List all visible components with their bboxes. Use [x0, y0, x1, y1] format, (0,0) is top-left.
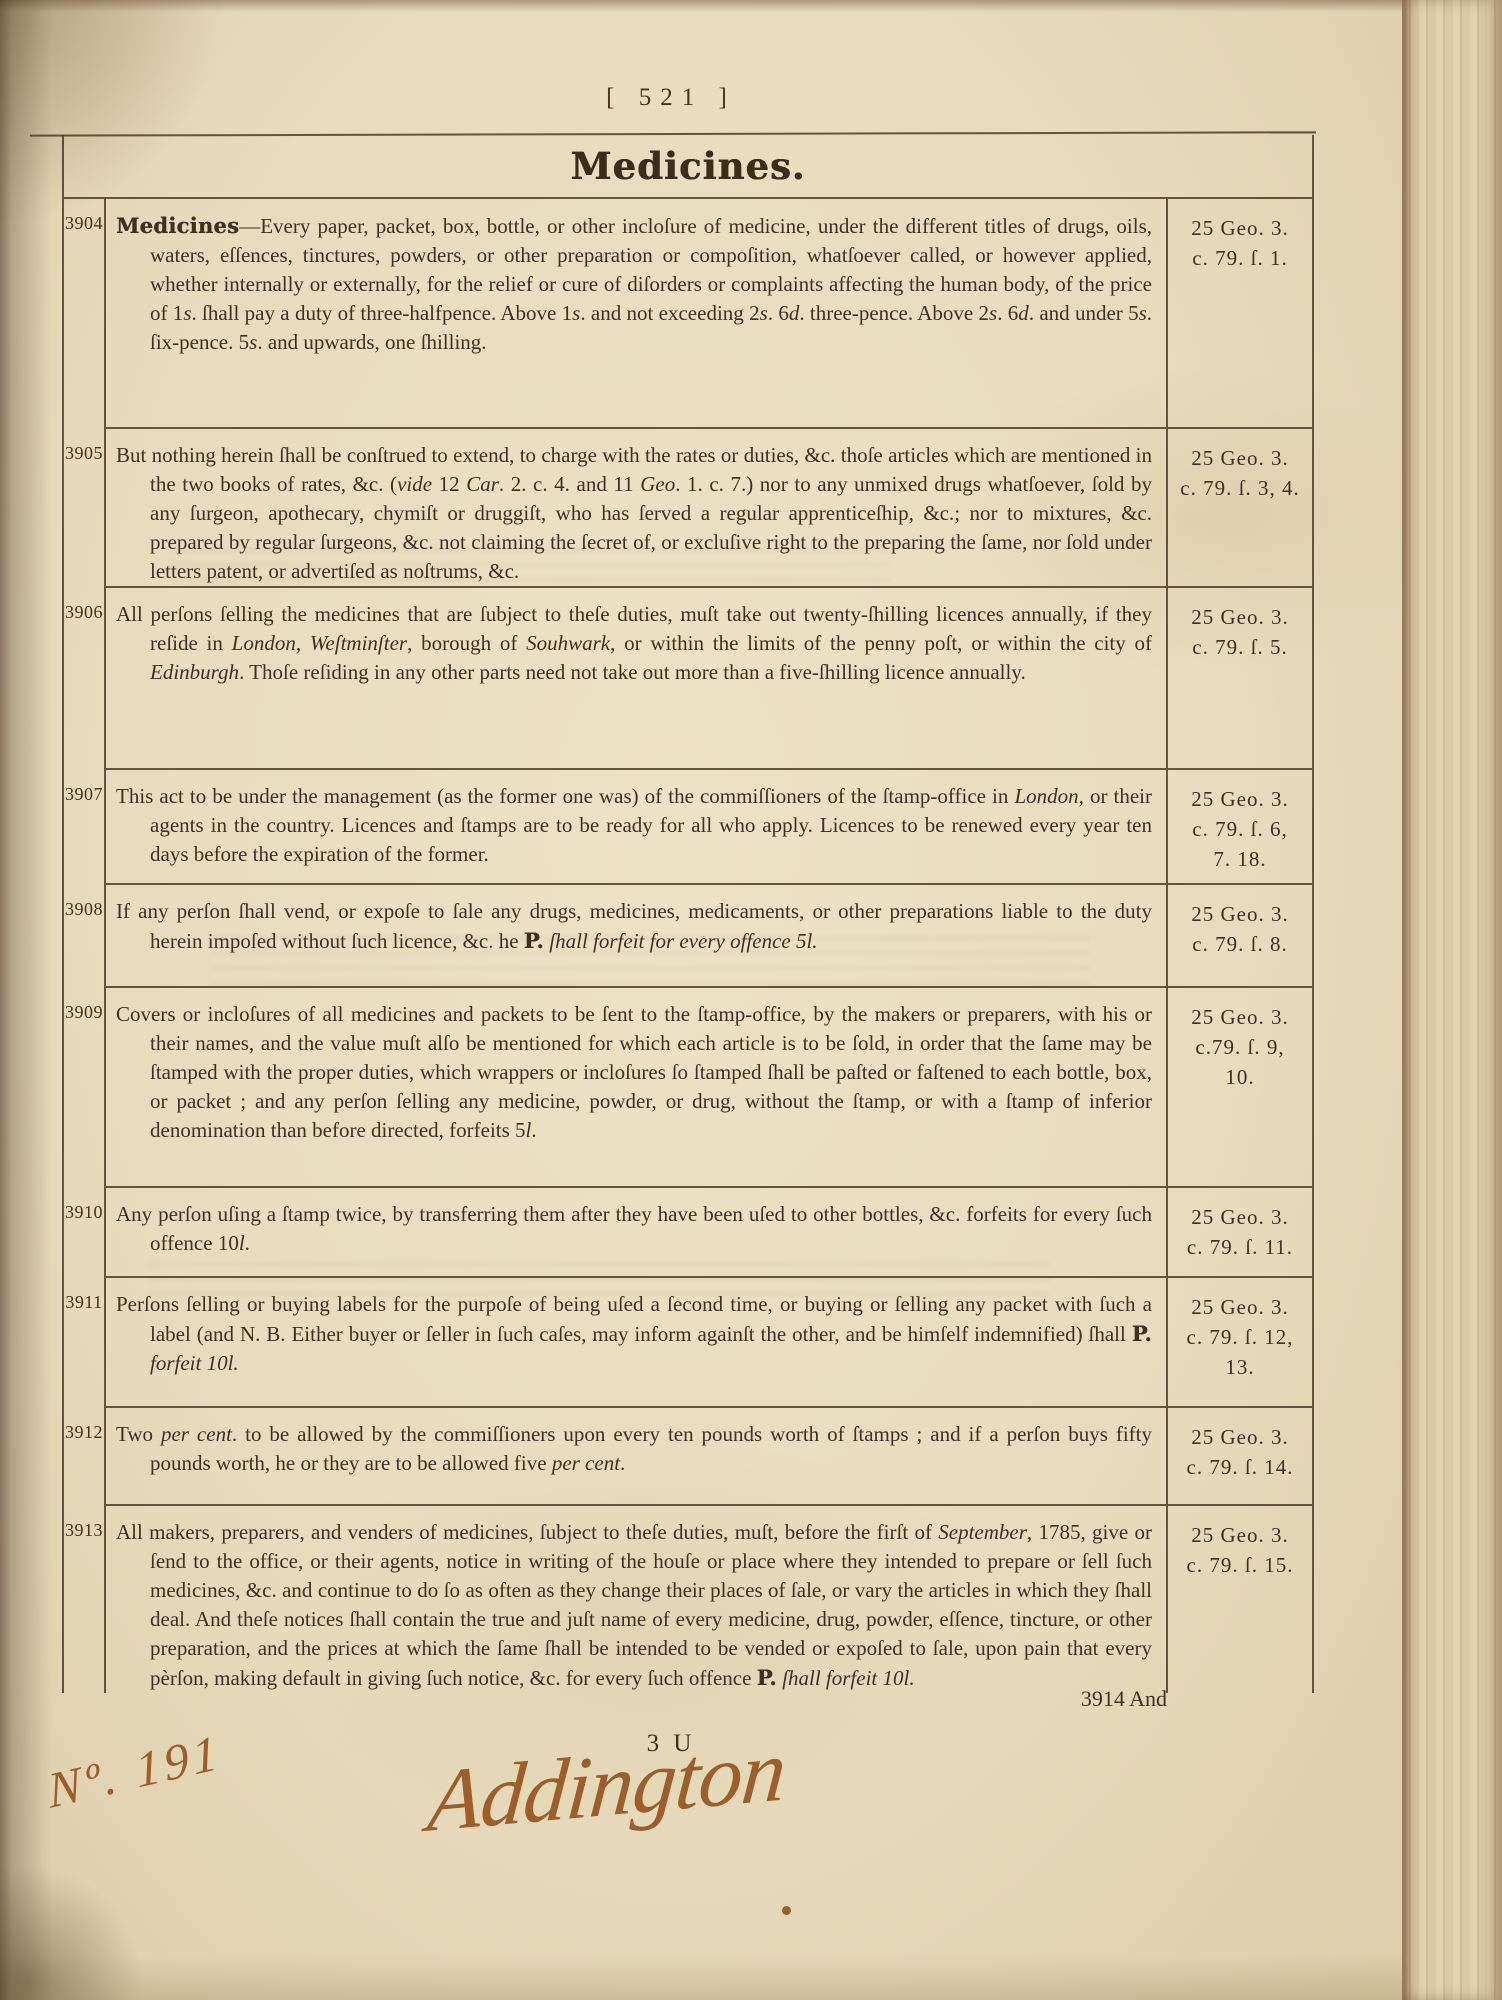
- entry-row: 3911Perſons ſelling or buying labels for…: [64, 1278, 1312, 1408]
- entries-table: Medicines. 3904Medicines—Every paper, pa…: [62, 135, 1314, 1693]
- entry-number: 3908: [64, 885, 106, 988]
- entry-text: Perſons ſelling or buying labels for the…: [106, 1278, 1166, 1406]
- entry-text: If any perſon ſhall vend, or expoſe to ſ…: [106, 885, 1166, 986]
- scanned-book-page: [ 521 ] Medicines. 3904Medicines—Every p…: [0, 0, 1502, 2000]
- entry-citation: 25 Geo. 3. c. 79. ſ. 6, 7. 18.: [1166, 770, 1312, 883]
- entry-text: Covers or incloſures of all medicines an…: [106, 988, 1166, 1186]
- entry-body: Medicines—Every paper, packet, box, bott…: [106, 199, 1312, 429]
- entry-text: This act to be under the management (as …: [106, 770, 1166, 883]
- entry-body: But nothing herein ſhall be conſtrued to…: [106, 429, 1312, 588]
- book-fore-edge-pages: [1402, 0, 1502, 2000]
- entry-citation: 25 Geo. 3. c.79. ſ. 9, 10.: [1166, 988, 1312, 1186]
- entry-row: 3905But nothing herein ſhall be conſtrue…: [64, 429, 1312, 588]
- entry-text: Medicines—Every paper, packet, box, bott…: [106, 199, 1166, 427]
- entry-citation: 25 Geo. 3. c. 79. ſ. 11.: [1166, 1188, 1312, 1276]
- entry-row: 3910Any perſon uſing a ſtamp twice, by t…: [64, 1188, 1312, 1278]
- entry-text: Any perſon uſing a ſtamp twice, by trans…: [106, 1188, 1166, 1276]
- entry-body: If any perſon ſhall vend, or expoſe to ſ…: [106, 885, 1312, 988]
- entry-citation: 25 Geo. 3. c. 79. ſ. 3, 4.: [1166, 429, 1312, 586]
- entry-number: 3904: [64, 199, 106, 429]
- entry-number: 3907: [64, 770, 106, 885]
- entry-body: This act to be under the management (as …: [106, 770, 1312, 885]
- entry-number: 3905: [64, 429, 106, 588]
- entry-citation: 25 Geo. 3. c. 79. ſ. 8.: [1166, 885, 1312, 986]
- entry-number: 3906: [64, 588, 106, 770]
- entry-number: 3913: [64, 1506, 106, 1693]
- entry-body: All makers, preparers, and venders of me…: [106, 1506, 1312, 1693]
- catchword: 3914 And: [1035, 1686, 1167, 1712]
- entry-number: 3909: [64, 988, 106, 1188]
- entry-text: All makers, preparers, and venders of me…: [106, 1506, 1166, 1693]
- entry-body: Perſons ſelling or buying labels for the…: [106, 1278, 1312, 1408]
- entry-row: 3909Covers or incloſures of all medicine…: [64, 988, 1312, 1188]
- page-title: Medicines.: [570, 144, 805, 188]
- entry-citation: 25 Geo. 3. c. 79. ſ. 12, 13.: [1166, 1278, 1312, 1406]
- entry-row: 3912Two per cent. to be allowed by the c…: [64, 1408, 1312, 1506]
- entry-row: 3913All makers, preparers, and venders o…: [64, 1506, 1312, 1693]
- entry-number: 3911: [64, 1278, 106, 1408]
- entry-body: All perſons ſelling the medicines that a…: [106, 588, 1312, 770]
- entry-citation: 25 Geo. 3. c. 79. ſ. 15.: [1166, 1506, 1312, 1693]
- section-title-row: Medicines.: [64, 135, 1312, 199]
- entry-row: 3907This act to be under the management …: [64, 770, 1312, 885]
- entry-row: 3904Medicines—Every paper, packet, box, …: [64, 199, 1312, 429]
- entry-body: Covers or incloſures of all medicines an…: [106, 988, 1312, 1188]
- entry-body: Any perſon uſing a ſtamp twice, by trans…: [106, 1188, 1312, 1278]
- entry-body: Two per cent. to be allowed by the commi…: [106, 1408, 1312, 1506]
- entry-citation: 25 Geo. 3. c. 79. ſ. 5.: [1166, 588, 1312, 768]
- entry-number: 3912: [64, 1408, 106, 1506]
- entry-text: Two per cent. to be allowed by the commi…: [106, 1408, 1166, 1504]
- page-number: [ 521 ]: [0, 84, 1342, 112]
- ink-blot: [782, 1906, 791, 1915]
- entry-row: 3906All perſons ſelling the medicines th…: [64, 588, 1312, 770]
- entry-citation: 25 Geo. 3. c. 79. ſ. 1.: [1166, 199, 1312, 427]
- entry-text: But nothing herein ſhall be conſtrued to…: [106, 429, 1166, 586]
- entry-number: 3910: [64, 1188, 106, 1278]
- entry-citation: 25 Geo. 3. c. 79. ſ. 14.: [1166, 1408, 1312, 1504]
- entry-text: All perſons ſelling the medicines that a…: [106, 588, 1166, 768]
- entry-row: 3908If any perſon ſhall vend, or expoſe …: [64, 885, 1312, 988]
